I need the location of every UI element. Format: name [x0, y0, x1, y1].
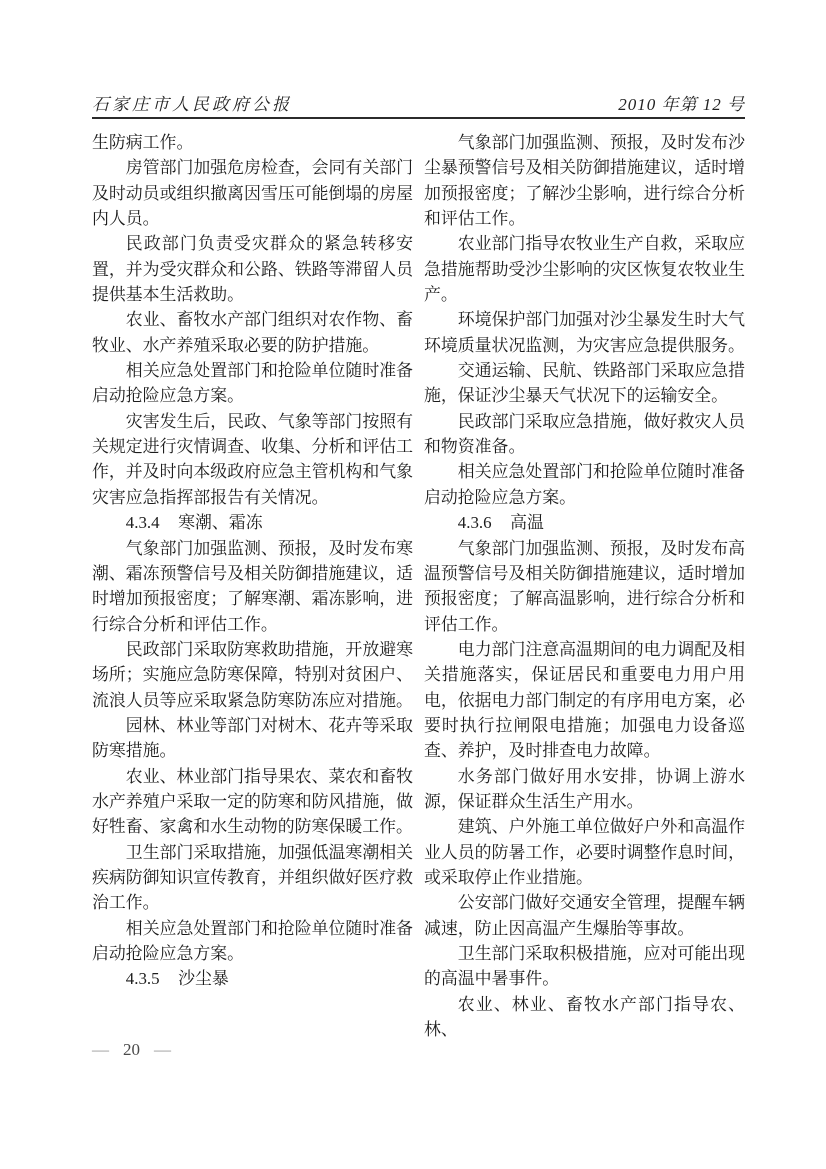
- paragraph: 园林、林业等部门对树木、花卉等采取防寒措施。: [92, 713, 413, 764]
- page-number: 20: [123, 1040, 140, 1060]
- section-heading: 4.3.5沙尘暴: [92, 966, 413, 991]
- section-title: 沙尘暴: [178, 969, 229, 988]
- paragraph: 卫生部门采取措施，加强低温寒潮相关疾病防御知识宣传教育，并组织做好医疗救治工作。: [92, 840, 413, 916]
- paragraph: 相关应急处置部门和抢险单位随时准备启动抢险应急方案。: [424, 459, 745, 510]
- paragraph: 房管部门加强危房检查，会同有关部门及时动员或组织撤离因雪压可能倒塌的房屋内人员。: [92, 155, 413, 231]
- paragraph: 气象部门加强监测、预报，及时发布高温预警信号及相关防御措施建议，适时增加预报密度…: [424, 536, 745, 637]
- left-column: 生防病工作。房管部门加强危房检查，会同有关部门及时动员或组织撤离因雪压可能倒塌的…: [92, 130, 413, 1042]
- paragraph: 农业部门指导农牧业生产自救，采取应急措施帮助受沙尘影响的灾区恢复农牧业生产。: [424, 231, 745, 307]
- paragraph: 卫生部门采取积极措施，应对可能出现的高温中暑事件。: [424, 941, 745, 992]
- section-heading: 4.3.6高温: [424, 510, 745, 535]
- paragraph: 农业、林业部门指导果农、菜农和畜牧水产养殖户采取一定的防寒和防风措施，做好牲畜、…: [92, 764, 413, 840]
- issue-number: 2010 年第 12 号: [618, 90, 745, 115]
- page-footer: — 20 —: [92, 1040, 171, 1060]
- header-rule: [92, 117, 745, 119]
- section-number: 4.3.5: [126, 969, 160, 988]
- section-number: 4.3.6: [458, 513, 492, 532]
- paragraph: 相关应急处置部门和抢险单位随时准备启动抢险应急方案。: [92, 358, 413, 409]
- section-number: 4.3.4: [126, 513, 160, 532]
- paragraph: 民政部门负责受灾群众的紧急转移安置，并为受灾群众和公路、铁路等滞留人员提供基本生…: [92, 231, 413, 307]
- paragraph: 民政部门采取应急措施，做好救灾人员和物资准备。: [424, 409, 745, 460]
- footer-right-dash: —: [154, 1040, 171, 1060]
- document-body: 生防病工作。房管部门加强危房检查，会同有关部门及时动员或组织撤离因雪压可能倒塌的…: [92, 130, 745, 1042]
- gazette-page: 石家庄市人民政府公报 2010 年第 12 号 生防病工作。房管部门加强危房检查…: [0, 0, 826, 1169]
- paragraph: 气象部门加强监测、预报，及时发布寒潮、霜冻预警信号及相关防御措施建议，适时增加预…: [92, 536, 413, 637]
- section-title: 高温: [510, 513, 544, 532]
- paragraph: 民政部门采取防寒救助措施，开放避寒场所；实施应急防寒保障，特别对贫困户、流浪人员…: [92, 637, 413, 713]
- paragraph: 生防病工作。: [92, 130, 413, 155]
- footer-left-dash: —: [92, 1040, 109, 1060]
- publication-title: 石家庄市人民政府公报: [92, 90, 292, 115]
- paragraph: 气象部门加强监测、预报，及时发布沙尘暴预警信号及相关防御措施建议，适时增加预报密…: [424, 130, 745, 231]
- page-header: 石家庄市人民政府公报 2010 年第 12 号: [92, 90, 745, 115]
- section-title: 寒潮、霜冻: [178, 513, 262, 532]
- paragraph: 电力部门注意高温期间的电力调配及相关措施落实，保证居民和重要电力用户用电，依据电…: [424, 637, 745, 764]
- paragraph: 灾害发生后，民政、气象等部门按照有关规定进行灾情调查、收集、分析和评估工作，并及…: [92, 409, 413, 510]
- paragraph: 建筑、户外施工单位做好户外和高温作业人员的防暑工作，必要时调整作息时间，或采取停…: [424, 814, 745, 890]
- paragraph: 交通运输、民航、铁路部门采取应急措施，保证沙尘暴天气状况下的运输安全。: [424, 358, 745, 409]
- paragraph: 环境保护部门加强对沙尘暴发生时大气环境质量状况监测，为灾害应急提供服务。: [424, 307, 745, 358]
- paragraph: 水务部门做好用水安排，协调上游水源，保证群众生活生产用水。: [424, 764, 745, 815]
- paragraph: 农业、畜牧水产部门组织对农作物、畜牧业、水产养殖采取必要的防护措施。: [92, 307, 413, 358]
- paragraph: 公安部门做好交通安全管理，提醒车辆减速，防止因高温产生爆胎等事故。: [424, 890, 745, 941]
- section-heading: 4.3.4寒潮、霜冻: [92, 510, 413, 535]
- paragraph: 农业、林业、畜牧水产部门指导农、林、: [424, 992, 745, 1043]
- right-column: 气象部门加强监测、预报，及时发布沙尘暴预警信号及相关防御措施建议，适时增加预报密…: [424, 130, 745, 1042]
- paragraph: 相关应急处置部门和抢险单位随时准备启动抢险应急方案。: [92, 916, 413, 967]
